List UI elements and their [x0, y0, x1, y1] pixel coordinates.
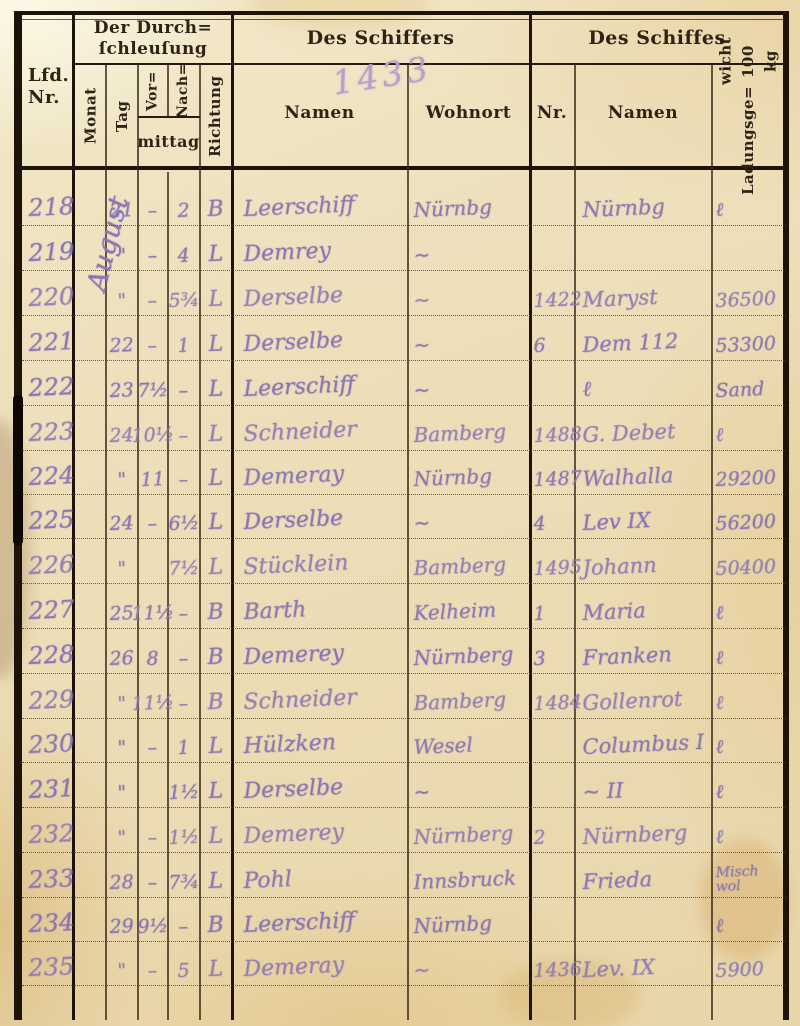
table-row: 222 23 7½ – L Leerschiff ~ ℓ Sand: [22, 360, 786, 406]
table-row: 228 26 8 – B Demerey Nürnberg 3 Franken …: [22, 628, 786, 674]
cell-wohnort: Nürnbg: [408, 172, 530, 225]
cell-ladungsgewicht: ℓ: [712, 673, 786, 718]
cell-schiffer-name: Leerschiff: [232, 360, 408, 405]
cell-monat: [73, 450, 106, 494]
cell-ladungsgewicht: ℓ: [712, 172, 786, 225]
ladung-label-line2: wicht 100 kg: [714, 37, 782, 85]
cell-monat: [73, 583, 106, 628]
cell-nachmittag: 5: [168, 941, 200, 985]
cell-nachmittag: 1: [168, 315, 200, 360]
cell-schiffer-name: Derselbe: [232, 494, 408, 538]
ledger-page: Lfd. Nr. Der Durch= ſchleuſung Monat Tag…: [0, 0, 800, 1026]
cell-vormittag: –: [138, 941, 168, 985]
cell-schiff-nr: 1: [530, 583, 575, 628]
cell-ladungsgewicht: 29200: [712, 450, 786, 494]
cell-monat: [73, 172, 106, 225]
cell-tag: 23: [106, 360, 138, 405]
header-col-wohnort: Wohnort: [408, 94, 529, 134]
header-col-nach: Nach=: [169, 65, 198, 116]
cell-schiff-nr: 1488: [530, 405, 575, 450]
table-row: 229 " 11½ – B Schneider Bamberg 1484 Gol…: [22, 673, 786, 719]
cell-monat: [73, 897, 106, 941]
header-col-schiff-namen: Namen: [575, 94, 711, 134]
cell-ladungsgewicht: ℓ: [712, 718, 786, 762]
cell-monat: [73, 360, 106, 405]
cell-wohnort: Innsbruck: [408, 852, 530, 897]
cell-nachmittag: 2: [168, 172, 200, 225]
cell-richtung: L: [200, 405, 232, 450]
cell-schiff-nr: 6: [530, 315, 575, 360]
cell-wohnort: Kelheim: [408, 583, 530, 628]
table-row: 223 24 10½ – L Schneider Bamberg 1488 G.…: [22, 405, 786, 451]
cell-schiff-name: Nürnbg: [575, 172, 712, 225]
header-lfd-line1: Lfd.: [28, 65, 69, 88]
cell-nachmittag: –: [168, 628, 200, 673]
cell-schiff-nr: 4: [530, 494, 575, 538]
cell-wohnort: ~: [408, 315, 530, 360]
cell-schiff-nr: 1436: [530, 941, 575, 985]
cell-nachmittag: 7½: [168, 538, 200, 583]
cell-tag: ": [106, 807, 138, 852]
cell-vormittag: 11½: [138, 673, 168, 718]
cell-lfd-nr: 235: [22, 941, 73, 985]
cell-monat: [73, 538, 106, 583]
cell-wohnort: Nürnbg: [408, 450, 530, 494]
cell-tag: ": [106, 270, 138, 315]
cell-tag: ": [106, 538, 138, 583]
cell-schiff-name: Franken: [575, 628, 712, 673]
cell-schiff-nr: [530, 172, 575, 225]
cell-vormittag: 11: [138, 450, 168, 494]
cell-nachmittag: 1: [168, 718, 200, 762]
header-lfd-line2: Nr.: [28, 87, 60, 110]
cell-schiff-name: Johann: [575, 538, 712, 583]
cell-richtung: L: [200, 450, 232, 494]
cell-schiffer-name: Demerey: [232, 807, 408, 852]
cell-lfd-nr: 224: [22, 450, 73, 494]
header-col-tag: Tag: [108, 66, 137, 166]
cell-richtung: B: [200, 673, 232, 718]
cell-tag: 24: [106, 494, 138, 538]
cell-richtung: B: [200, 583, 232, 628]
header-group-durchschleusung: Der Durch= ſchleuſung: [76, 16, 230, 62]
cell-tag: 29: [106, 897, 138, 941]
cell-tag: ": [106, 225, 138, 270]
cell-schiffer-name: Schneider: [232, 673, 408, 718]
cell-tag: 21: [106, 172, 138, 225]
cell-ladungsgewicht: ℓ: [712, 762, 786, 807]
cell-richtung: B: [200, 628, 232, 673]
cell-vormittag: 11½: [138, 583, 168, 628]
cell-schiffer-name: Demerey: [232, 628, 408, 673]
cell-tag: 28: [106, 852, 138, 897]
header-col-vor: Vor=: [139, 65, 167, 116]
cell-richtung: L: [200, 494, 232, 538]
cell-schiff-name: Dem 112: [575, 315, 712, 360]
cell-schiff-nr: 3: [530, 628, 575, 673]
cell-schiffer-name: Hülzken: [232, 718, 408, 762]
cell-ladungsgewicht: ℓ: [712, 807, 786, 852]
cell-nachmittag: –: [168, 360, 200, 405]
cell-lfd-nr: 222: [22, 360, 73, 405]
cell-lfd-nr: 229: [22, 673, 73, 718]
cell-vormittag: [138, 538, 168, 583]
cell-nachmittag: 7¾: [168, 852, 200, 897]
table-row: 235 " – 5 L Demeray ~ 1436 Lev. IX 5900: [22, 941, 786, 986]
cell-ladungsgewicht: ℓ: [712, 897, 786, 941]
cell-schiff-name: [575, 897, 712, 941]
frame-top-rule: [16, 11, 789, 15]
cell-richtung: L: [200, 270, 232, 315]
header-bottom-rule: [16, 166, 788, 170]
group-durchschleusung-line1: Der Durch=: [94, 18, 212, 39]
cell-schiffer-name: Derselbe: [232, 270, 408, 315]
cell-richtung: B: [200, 172, 232, 225]
cell-ladungsgewicht: 50400: [712, 538, 786, 583]
cell-wohnort: Nürnbg: [408, 897, 530, 941]
cell-schiffer-name: Demrey: [232, 225, 408, 270]
cell-schiff-name: G. Debet: [575, 405, 712, 450]
cell-lfd-nr: 220: [22, 270, 73, 315]
cell-nachmittag: 1½: [168, 807, 200, 852]
cell-nachmittag: 4: [168, 225, 200, 270]
cell-schiffer-name: Derselbe: [232, 762, 408, 807]
cell-lfd-nr: 232: [22, 807, 73, 852]
cell-schiff-name: Walhalla: [575, 450, 712, 494]
cell-nachmittag: –: [168, 450, 200, 494]
cell-monat: [73, 405, 106, 450]
cell-wohnort: Bamberg: [408, 538, 530, 583]
cell-richtung: L: [200, 315, 232, 360]
cell-wohnort: Bamberg: [408, 405, 530, 450]
cell-monat: [73, 673, 106, 718]
cell-nachmittag: 6½: [168, 494, 200, 538]
cell-schiff-name: Maria: [575, 583, 712, 628]
cell-monat: [73, 315, 106, 360]
cell-monat: [73, 494, 106, 538]
cell-ladungsgewicht: ℓ: [712, 405, 786, 450]
header-col-monat: Monat: [76, 66, 106, 166]
cell-ladungsgewicht: [712, 225, 786, 270]
cell-richtung: L: [200, 941, 232, 985]
cell-monat: [73, 270, 106, 315]
cell-vormittag: 7½: [138, 360, 168, 405]
table-row: 227 25 11½ – B Barth Kelheim 1 Maria ℓ: [22, 583, 786, 629]
header-group-schiffers: Des Schiffers: [232, 18, 529, 60]
cell-vormittag: 9½: [138, 897, 168, 941]
cell-schiff-name: Columbus I: [575, 718, 712, 762]
header-col-schiffer-namen: Namen: [232, 94, 407, 134]
cell-ladungsgewicht: 56200: [712, 494, 786, 538]
header-col-mittag: mittag: [138, 119, 199, 165]
cell-monat: [73, 225, 106, 270]
cell-schiff-nr: [530, 897, 575, 941]
table-row: 219 " – 4 L Demrey ~: [22, 225, 786, 271]
cell-schiffer-name: Leerschiff: [232, 897, 408, 941]
cell-vormittag: 8: [138, 628, 168, 673]
cell-tag: ": [106, 762, 138, 807]
cell-schiff-nr: 1495: [530, 538, 575, 583]
table-row: 231 " 1½ L Derselbe ~ ~ II ℓ: [22, 762, 786, 808]
cell-lfd-nr: 223: [22, 405, 73, 450]
cell-nachmittag: –: [168, 405, 200, 450]
cell-ladungsgewicht: 5900: [712, 941, 786, 985]
cell-schiff-nr: [530, 718, 575, 762]
cell-schiff-nr: [530, 360, 575, 405]
cell-richtung: L: [200, 718, 232, 762]
cell-richtung: L: [200, 538, 232, 583]
cell-schiff-name: [575, 225, 712, 270]
cell-vormittag: –: [138, 225, 168, 270]
cell-richtung: L: [200, 225, 232, 270]
cell-schiffer-name: Pohl: [232, 852, 408, 897]
cell-ladungsgewicht: 53300: [712, 315, 786, 360]
cell-wohnort: ~: [408, 360, 530, 405]
cell-wohnort: ~: [408, 494, 530, 538]
cell-vormittag: –: [138, 718, 168, 762]
cell-schiff-nr: [530, 762, 575, 807]
cell-vormittag: [138, 762, 168, 807]
cell-schiff-nr: 1484: [530, 673, 575, 718]
cell-vormittag: –: [138, 315, 168, 360]
cell-monat: [73, 852, 106, 897]
cell-ladungsgewicht: ℓ: [712, 583, 786, 628]
cell-lfd-nr: 221: [22, 315, 73, 360]
cell-schiff-name: ~ II: [575, 762, 712, 807]
cell-tag: 22: [106, 315, 138, 360]
cell-tag: ": [106, 450, 138, 494]
cell-tag: ": [106, 941, 138, 985]
cell-schiffer-name: Derselbe: [232, 315, 408, 360]
cell-lfd-nr: 225: [22, 494, 73, 538]
cell-monat: [73, 941, 106, 985]
cell-nachmittag: –: [168, 897, 200, 941]
table-row: 234 29 9½ – B Leerschiff Nürnbg ℓ: [22, 897, 786, 942]
cell-monat: [73, 762, 106, 807]
header-col-schiff-nr: Nr.: [530, 94, 574, 134]
cell-vormittag: –: [138, 852, 168, 897]
cell-ladungsgewicht: 36500: [712, 270, 786, 315]
cell-wohnort: ~: [408, 225, 530, 270]
cell-vormittag: 10½: [138, 405, 168, 450]
cell-lfd-nr: 228: [22, 628, 73, 673]
cell-schiff-name: ℓ: [575, 360, 712, 405]
cell-schiff-nr: [530, 852, 575, 897]
cell-schiffer-name: Leerschiff: [232, 172, 408, 225]
cell-monat: [73, 718, 106, 762]
cell-schiff-name: Frieda: [575, 852, 712, 897]
cell-vormittag: –: [138, 807, 168, 852]
cell-schiff-name: Nürnberg: [575, 807, 712, 852]
cell-vormittag: –: [138, 494, 168, 538]
cell-richtung: B: [200, 897, 232, 941]
cell-schiffer-name: Schneider: [232, 405, 408, 450]
cell-wohnort: ~: [408, 941, 530, 985]
cell-schiff-name: Maryst: [575, 270, 712, 315]
cell-schiff-nr: [530, 225, 575, 270]
cell-wohnort: Bamberg: [408, 673, 530, 718]
cell-lfd-nr: 227: [22, 583, 73, 628]
cell-ladungsgewicht: Sand: [712, 360, 786, 405]
header-lfd-nr: Lfd. Nr.: [24, 42, 76, 132]
cell-schiff-nr: 2: [530, 807, 575, 852]
group-durchschleusung-line2: ſchleuſung: [99, 39, 208, 60]
cell-nachmittag: –: [168, 583, 200, 628]
cell-lfd-nr: 234: [22, 897, 73, 941]
cell-vormittag: –: [138, 172, 168, 225]
frame-left-band: [14, 11, 22, 1020]
cell-schiff-nr: 1422: [530, 270, 575, 315]
table-row: 226 " 7½ L Stücklein Bamberg 1495 Johann…: [22, 538, 786, 584]
cell-wohnort: ~: [408, 762, 530, 807]
cell-ladungsgewicht: Mischwol: [712, 852, 786, 897]
cell-schiff-nr: 1487: [530, 450, 575, 494]
cell-wohnort: Wesel: [408, 718, 530, 762]
cell-lfd-nr: 230: [22, 718, 73, 762]
cell-schiffer-name: Barth: [232, 583, 408, 628]
cell-lfd-nr: 218: [22, 172, 73, 225]
cell-richtung: L: [200, 360, 232, 405]
cell-wohnort: ~: [408, 270, 530, 315]
cell-schiffer-name: Stücklein: [232, 538, 408, 583]
cell-schiff-name: Gollenrot: [575, 673, 712, 718]
cell-nachmittag: –: [168, 673, 200, 718]
cell-lfd-nr: 219: [22, 225, 73, 270]
cell-wohnort: Nürnberg: [408, 628, 530, 673]
table-row: 233 28 – 7¾ L Pohl Innsbruck Frieda Misc…: [22, 852, 786, 898]
table-row: 220 " – 5¾ L Derselbe ~ 1422 Maryst 3650…: [22, 270, 786, 316]
cell-lfd-nr: 231: [22, 762, 73, 807]
cell-schiffer-name: Demeray: [232, 450, 408, 494]
cell-richtung: L: [200, 852, 232, 897]
table-row: 225 24 – 6½ L Derselbe ~ 4 Lev IX 56200: [22, 494, 786, 539]
cell-wohnort: Nürnberg: [408, 807, 530, 852]
cell-schiff-name: Lev IX: [575, 494, 712, 538]
cell-monat: [73, 628, 106, 673]
cell-ladungsgewicht: ℓ: [712, 628, 786, 673]
cell-richtung: L: [200, 807, 232, 852]
cell-vormittag: –: [138, 270, 168, 315]
cell-lfd-nr: 226: [22, 538, 73, 583]
cell-tag: ": [106, 718, 138, 762]
cell-schiffer-name: Demeray: [232, 941, 408, 985]
cell-tag: 26: [106, 628, 138, 673]
table-row: 230 " – 1 L Hülzken Wesel Columbus I ℓ: [22, 718, 786, 763]
cell-monat: [73, 807, 106, 852]
cell-schiff-name: Lev. IX: [575, 941, 712, 985]
header-col-ladungsgewicht: Ladungsge= wicht 100 kg: [714, 66, 782, 166]
cell-lfd-nr: 233: [22, 852, 73, 897]
table-row: 224 " 11 – L Demeray Nürnbg 1487 Walhall…: [22, 450, 786, 495]
table-row: 218 21 – 2 B Leerschiff Nürnbg Nürnbg ℓ: [22, 172, 786, 226]
header-col-richtung: Richtung: [201, 66, 230, 166]
cell-nachmittag: 1½: [168, 762, 200, 807]
cell-richtung: L: [200, 762, 232, 807]
table-row: 232 " – 1½ L Demerey Nürnberg 2 Nürnberg…: [22, 807, 786, 853]
cell-nachmittag: 5¾: [168, 270, 200, 315]
table-row: 221 22 – 1 L Derselbe ~ 6 Dem 112 53300: [22, 315, 786, 361]
